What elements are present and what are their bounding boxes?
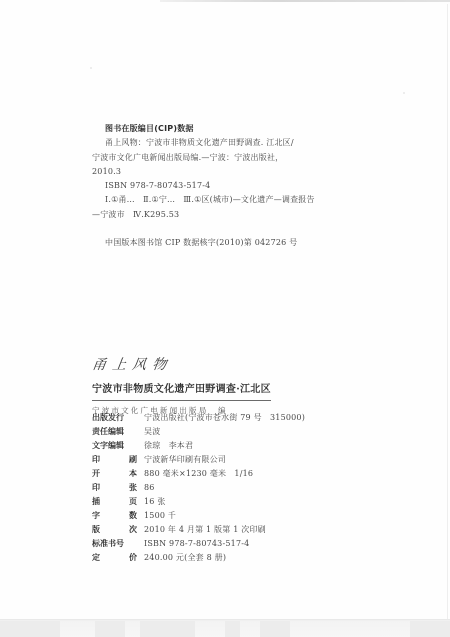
cip-line: 宁波市文化广电新闻出版局编.—宁波：宁波出版社， <box>92 151 352 165</box>
colophon-row-format: 开本 880 毫米×1230 毫米 1/16 <box>92 467 305 481</box>
colophon-row-text-editor: 文字编辑 徐琼 李本君 <box>92 439 305 453</box>
colophon-label: 定价 <box>92 551 137 565</box>
book-title-block: 甬上风物 宁波市非物质文化遗产田野调查·江北区 宁波市文化广电新闻出版局 编 <box>92 355 392 418</box>
colophon-label: 文字编辑 <box>92 439 137 453</box>
colophon-row-responsible-editor: 责任编辑 吴波 <box>92 425 305 439</box>
colophon-label: 印刷 <box>92 453 137 467</box>
scan-speck <box>403 92 405 94</box>
colophon-value: 880 毫米×1230 毫米 1/16 <box>144 467 253 481</box>
scan-edge-top <box>160 0 450 2</box>
cip-isbn: ISBN 978-7-80743-517-4 <box>92 179 352 193</box>
colophon-value: ISBN 978-7-80743-517-4 <box>144 537 249 551</box>
cip-classification: Ⅰ.①甬… Ⅱ.①宁… Ⅲ.①区(城市)—文化遗产—调查报告 <box>92 193 352 207</box>
colophon-label: 版次 <box>92 523 137 537</box>
colophon-label: 责任编辑 <box>92 425 137 439</box>
colophon-value: 徐琼 李本君 <box>144 439 193 453</box>
colophon-label: 出版发行 <box>92 411 137 425</box>
colophon-row-sheets: 印张 86 <box>92 481 305 495</box>
scan-edge-right <box>447 4 448 620</box>
colophon-row-inserts: 插页 16 张 <box>92 495 305 509</box>
colophon-row-isbn: 标准书号 ISBN 978-7-80743-517-4 <box>92 537 305 551</box>
colophon-value: 宁波新华印刷有限公司 <box>144 453 226 467</box>
colophon-label: 插页 <box>92 495 137 509</box>
colophon-row-word-count: 字数 1500 千 <box>92 509 305 523</box>
scan-speck <box>90 67 92 69</box>
cip-verification-number: 中国版本图书馆 CIP 数据核字(2010)第 042726 号 <box>92 236 352 250</box>
colophon-value: 吴波 <box>144 425 160 439</box>
colophon-row-edition: 版次 2010 年 4 月第 1 版第 1 次印刷 <box>92 523 305 537</box>
colophon-value: 2010 年 4 月第 1 版第 1 次印刷 <box>144 523 266 537</box>
colophon-value: 240.00 元(全套 8 册) <box>144 551 226 565</box>
scan-edge-bottom <box>0 619 450 637</box>
colophon-label: 印张 <box>92 481 137 495</box>
colophon-label: 标准书号 <box>92 537 137 551</box>
colophon-label: 开本 <box>92 467 137 481</box>
cip-block: 图书在版编目(CIP)数据 甬上风物：宁波市非物质文化遗产田野调查. 江北区/ … <box>92 122 352 250</box>
colophon-label: 字数 <box>92 509 137 523</box>
cip-heading: 图书在版编目(CIP)数据 <box>92 122 352 136</box>
colophon-row-printer: 印刷 宁波新华印刷有限公司 <box>92 453 305 467</box>
colophon-value: 86 <box>144 481 155 495</box>
colophon-row-publisher: 出版发行 宁波出版社(宁波市苍水街 79 号 315000) <box>92 411 305 425</box>
colophon-value: 宁波出版社(宁波市苍水街 79 号 315000) <box>144 411 305 425</box>
colophon-value: 1500 千 <box>144 509 176 523</box>
cip-classification-cont: —宁波市 Ⅳ.K295.53 <box>92 208 352 222</box>
cip-line: 甬上风物：宁波市非物质文化遗产田野调查. 江北区/ <box>92 136 352 150</box>
colophon-value: 16 张 <box>144 495 166 509</box>
cip-line: 2010.3 <box>92 165 352 179</box>
copyright-page: 图书在版编目(CIP)数据 甬上风物：宁波市非物质文化遗产田野调查. 江北区/ … <box>0 0 450 637</box>
calligraphy-title: 甬上风物 <box>90 355 393 377</box>
book-subtitle: 宁波市非物质文化遗产田野调查·江北区 <box>92 383 271 401</box>
colophon-row-price: 定价 240.00 元(全套 8 册) <box>92 551 305 565</box>
colophon-table: 出版发行 宁波出版社(宁波市苍水街 79 号 315000) 责任编辑 吴波 文… <box>92 411 305 565</box>
